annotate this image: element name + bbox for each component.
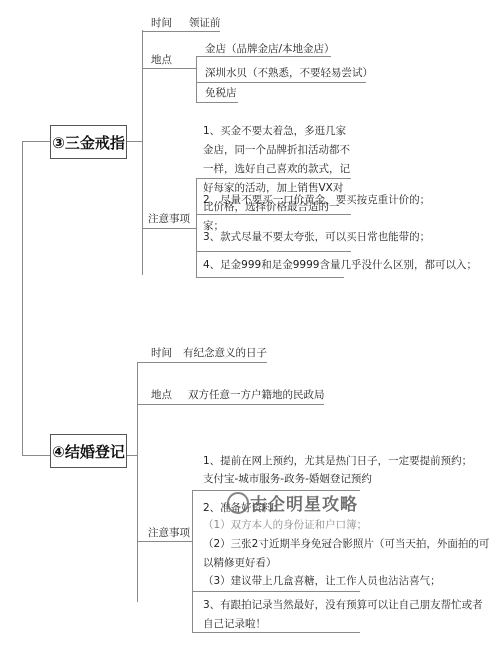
node3-notes-subtrunk — [196, 178, 197, 278]
node3-time-underline — [142, 31, 220, 32]
node3-time-value: 领证前 — [189, 16, 221, 30]
node4-out-connector — [127, 455, 137, 456]
node3-note-4-underline — [196, 277, 344, 278]
watermark-logo-icon — [227, 492, 249, 514]
place-option-underline-3 — [196, 102, 238, 103]
node4-note-2-sub-2: （2）三张2寸近期半身免冠合影照片（可当天拍，外面拍的可以精修更好看） — [203, 535, 493, 573]
place-option-underline-1 — [196, 56, 331, 57]
node3-note-2: 2、尽量不要买一口价黄金，要买按克重计价的； — [203, 191, 500, 210]
node4-note-2-underline — [192, 591, 360, 592]
node-marriage-registration: ④结婚登记 — [50, 434, 127, 468]
place-option-shenzhen-shuibei: 深圳水贝（不熟悉，不要轻易尝试） — [205, 66, 373, 80]
node3-note-2-underline — [196, 214, 351, 215]
place-option-gold-store: 金店（品牌金店/本地金店） — [205, 42, 335, 56]
node4-note-2-sub-3: （3）建议带上几盒喜糖，让工作人员也沾沾喜气； — [203, 572, 441, 591]
node4-place-label: 地点 — [151, 388, 172, 402]
node3-place-label: 地点 — [151, 53, 172, 67]
node4-place-value: 双方任意一方户籍地的民政局 — [188, 388, 325, 402]
node3-note-1-underline — [196, 178, 351, 179]
node4-note-3-underline — [192, 632, 360, 633]
place-option-underline-2 — [196, 82, 366, 83]
spine-connector — [22, 141, 23, 455]
node4-notes-label: 注意事项 — [148, 526, 190, 540]
node4-notes-underline — [137, 541, 192, 542]
spine-to-node3 — [22, 141, 50, 142]
node-gold-rings: ③三金戒指 — [50, 125, 127, 159]
node3-note-3: 3、款式尽量不要太夸张，可以买日常也能带的； — [203, 228, 500, 247]
watermark-text: 古企明星攻略 — [250, 490, 358, 515]
node3-note-3-underline — [196, 251, 351, 252]
node4-time-value: 有纪念意义的日子 — [183, 346, 267, 360]
spine-to-node4 — [22, 455, 50, 456]
node3-note-4: 4、足金999和足金9999含量几乎没什么区别，都可以入； — [203, 256, 500, 275]
node3-notes-label: 注意事项 — [148, 212, 190, 226]
node4-note-1-line2: 支付宝-城市服务-政务-婚姻登记预约 — [203, 470, 372, 489]
node3-place-underline — [142, 68, 196, 69]
node4-notes-subtrunk — [192, 490, 193, 632]
node3-place-subtrunk — [196, 56, 197, 103]
node4-time-underline — [137, 362, 267, 363]
node4-note-1-line1: 1、提前在网上预约，尤其是热门日子，一定要提前预约； — [203, 452, 472, 471]
node3-notes-underline — [142, 228, 196, 229]
node3-branch-trunk — [142, 30, 143, 275]
node3-time-label: 时间 — [151, 16, 172, 30]
node4-time-label: 时间 — [151, 346, 172, 360]
place-option-duty-free: 免税店 — [205, 86, 237, 100]
node4-note-2-sub-1: （1）双方本人的身份证和户口簿； — [203, 516, 367, 535]
node3-out-connector — [127, 141, 142, 142]
node3-note-1: 1、买金不要太着急，多逛几家金店，同一个品牌折扣活动都不一样，选好自己喜欢的款式… — [203, 122, 353, 236]
node4-note-3: 3、有跟拍记录当然最好，没有预算可以让自己朋友帮忙或者自己记录啦！ — [203, 596, 493, 634]
node4-place-underline — [137, 404, 324, 405]
node4-branch-trunk — [137, 362, 138, 602]
